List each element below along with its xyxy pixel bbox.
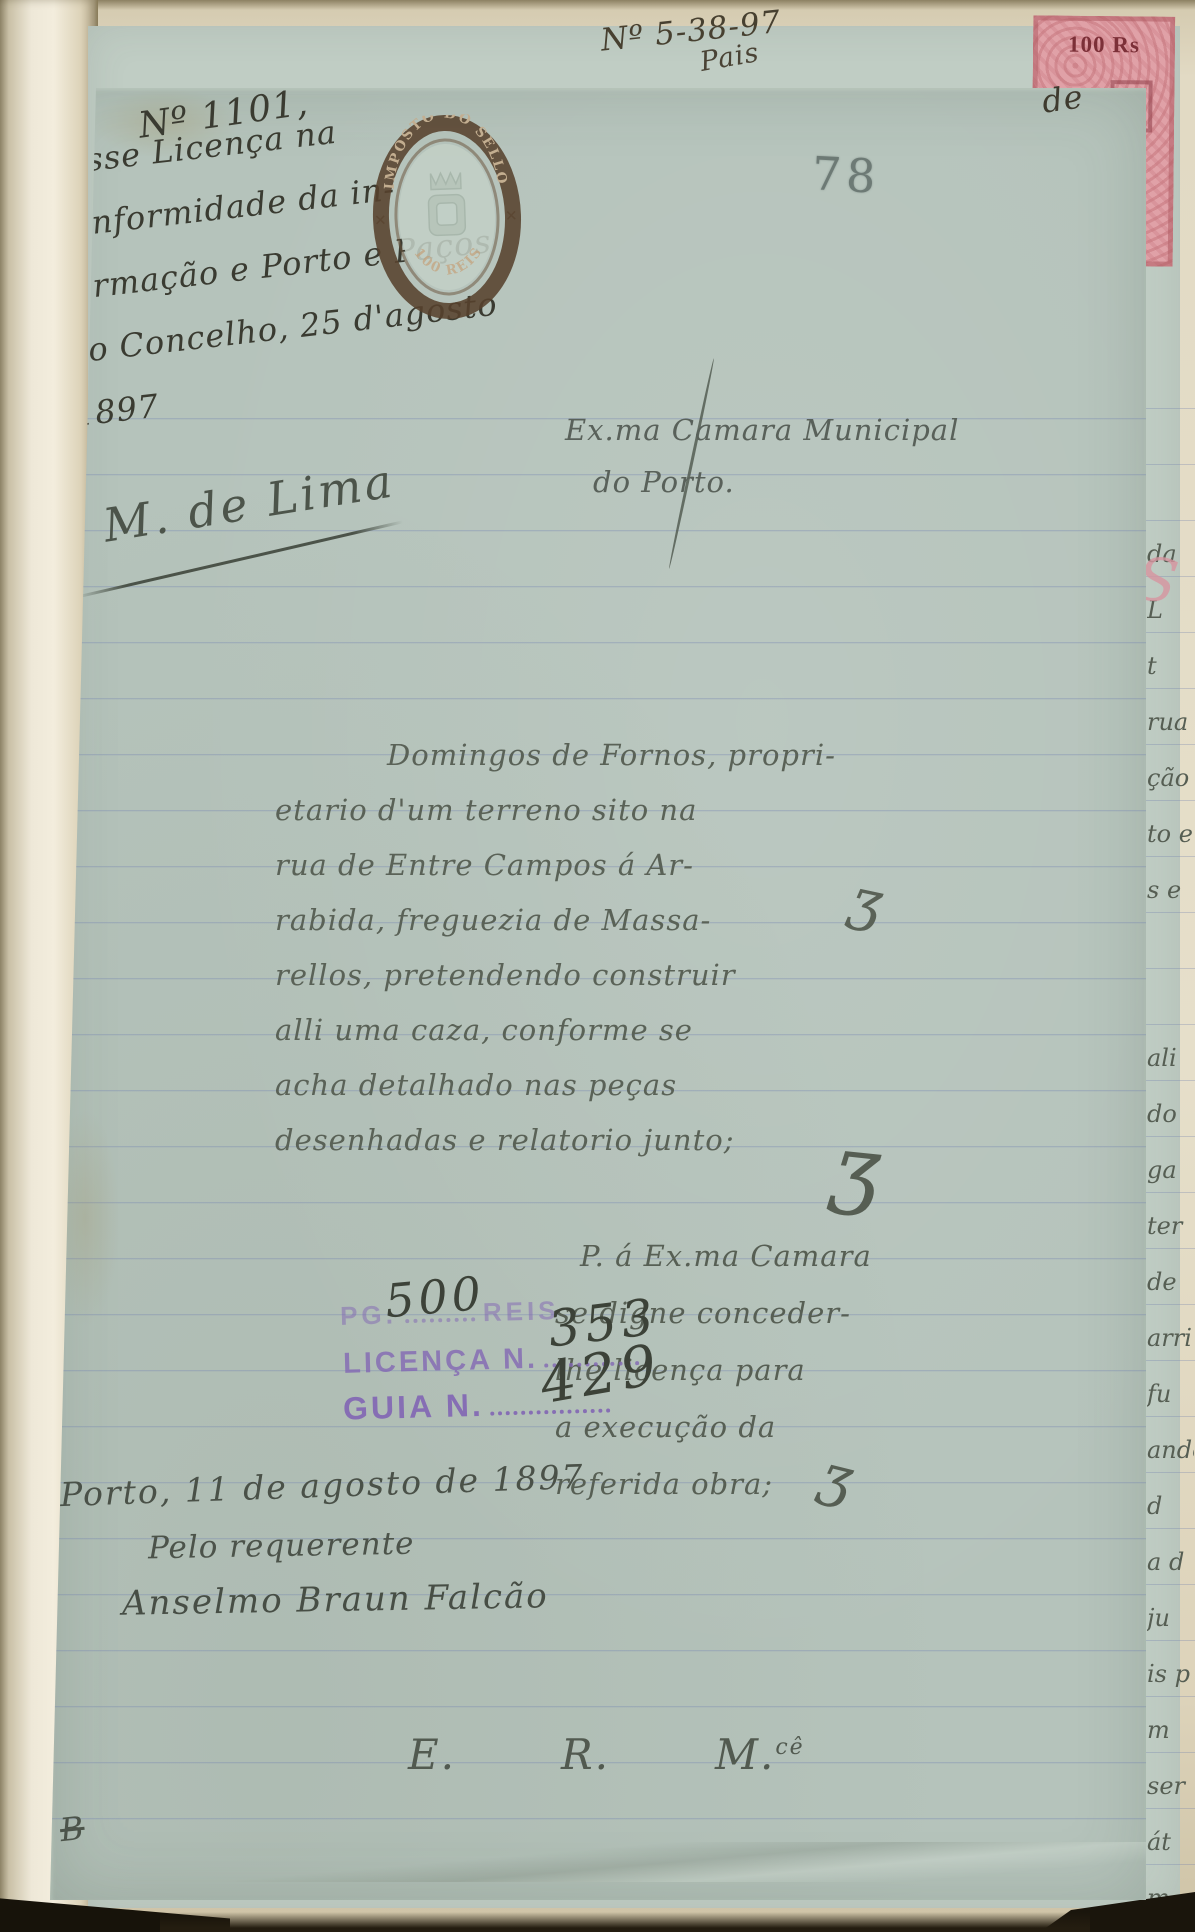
- text-fragment: s e: [1147, 862, 1194, 918]
- valediction-m: M.: [715, 1730, 775, 1779]
- embossed-tax-seal: IMPOSTO DO SELLO 100 REIS ✕ ✕: [368, 112, 525, 322]
- petition-body-line: etario d'um terreno sito na: [275, 783, 1175, 838]
- background-shadow: [160, 1912, 1090, 1932]
- text-fragment: to e: [1147, 806, 1194, 862]
- petition-request-line: a execução da: [555, 1399, 1035, 1456]
- petition-body: Domingos de Fornos, propri-etario d'um t…: [275, 728, 1175, 1168]
- text-fragment: ser: [1147, 1758, 1194, 1814]
- petition-body-line: rabida, freguezia de Massa-: [275, 893, 1175, 948]
- addressee-line: do Porto.: [593, 456, 959, 508]
- on-behalf-line: Pelo requerente: [148, 1526, 415, 1567]
- margin-dispatch-note: Passe Licença naconformidade da in-forma…: [42, 71, 634, 447]
- valediction-r: R.: [561, 1730, 610, 1779]
- text-fragment: rua: [1147, 694, 1194, 750]
- text-fragment: arri: [1147, 1310, 1194, 1366]
- petition-body-line: acha detalhado nas peças: [275, 1058, 1175, 1113]
- text-fragment: fu: [1147, 1366, 1194, 1422]
- valediction-e: E.: [408, 1730, 456, 1779]
- main-page: Nº 1101, Passe Licença naconformidade da…: [50, 88, 1146, 1900]
- petition-body-line: rellos, pretendendo construir: [275, 948, 1175, 1003]
- scanned-document: daLtruaçãoto es ealidogaterdearrifuandod…: [0, 0, 1195, 1932]
- valediction-sup: cê: [775, 1735, 804, 1760]
- petition-request-line: referida obra;: [555, 1456, 1035, 1513]
- petition-body-line: alli uma caza, conforme se: [275, 1003, 1175, 1058]
- text-fragment: ando: [1147, 1422, 1194, 1478]
- flourish-before-request: Ʒ: [825, 1134, 885, 1239]
- petition-request-line: P. á Ex.ma Camara: [580, 1228, 1035, 1285]
- petition-body-line: rua de Entre Campos á Ar-: [275, 838, 1175, 893]
- text-fragment: do: [1147, 1086, 1194, 1142]
- text-fragment: ter: [1147, 1198, 1194, 1254]
- under-page-text-fragments: daLtruaçãoto es ealidogaterdearrifuandod…: [1147, 414, 1194, 1912]
- text-fragment: ga: [1147, 1142, 1194, 1198]
- paid-amount-handwritten: 500: [383, 1266, 487, 1328]
- text-fragment: is p: [1147, 1646, 1194, 1702]
- text-fragment: ali: [1147, 1030, 1194, 1086]
- text-fragment: de: [1147, 1254, 1194, 1310]
- licenca-stamp-label: LICENÇA N.: [343, 1343, 539, 1380]
- text-fragment: át: [1147, 1814, 1194, 1870]
- text-fragment: [1147, 974, 1194, 1030]
- text-fragment: [1147, 918, 1194, 974]
- petition-body-line: desenhadas e relatorio junto;: [275, 1113, 1175, 1168]
- text-fragment: [1147, 414, 1194, 470]
- requester-signature: Anselmo Braun Falcão: [122, 1576, 549, 1623]
- text-fragment: ção: [1147, 750, 1194, 806]
- stamp-handwritten-annotation: de: [1040, 77, 1086, 120]
- text-fragment: d: [1147, 1478, 1194, 1534]
- text-fragment: t: [1147, 638, 1194, 694]
- valediction-erm: E.R.M.cê: [408, 1730, 805, 1779]
- petition-body-line: Domingos de Fornos, propri-: [387, 728, 1175, 783]
- seal-ornament-left: ✕: [374, 211, 387, 229]
- addressee-block: Ex.ma Camara Municipal do Porto.: [565, 404, 959, 508]
- text-fragment: m: [1147, 1702, 1194, 1758]
- text-fragment: ju: [1147, 1590, 1194, 1646]
- seal-ornament-right: ✕: [505, 207, 518, 225]
- paper-crease: [50, 1842, 1146, 1882]
- revenue-stamp-value: 100 Rs: [1033, 31, 1175, 58]
- embossed-crest: [427, 172, 465, 235]
- addressee-line: Ex.ma Camara Municipal: [565, 404, 959, 456]
- text-fragment: [1147, 470, 1194, 526]
- guia-stamp-label: GUIA N.: [343, 1387, 485, 1427]
- bottom-left-paraph: B: [58, 1809, 86, 1849]
- top-shadow: [0, 0, 1195, 10]
- text-fragment: a d: [1147, 1534, 1194, 1590]
- folio-number-stamp: 78: [811, 146, 882, 204]
